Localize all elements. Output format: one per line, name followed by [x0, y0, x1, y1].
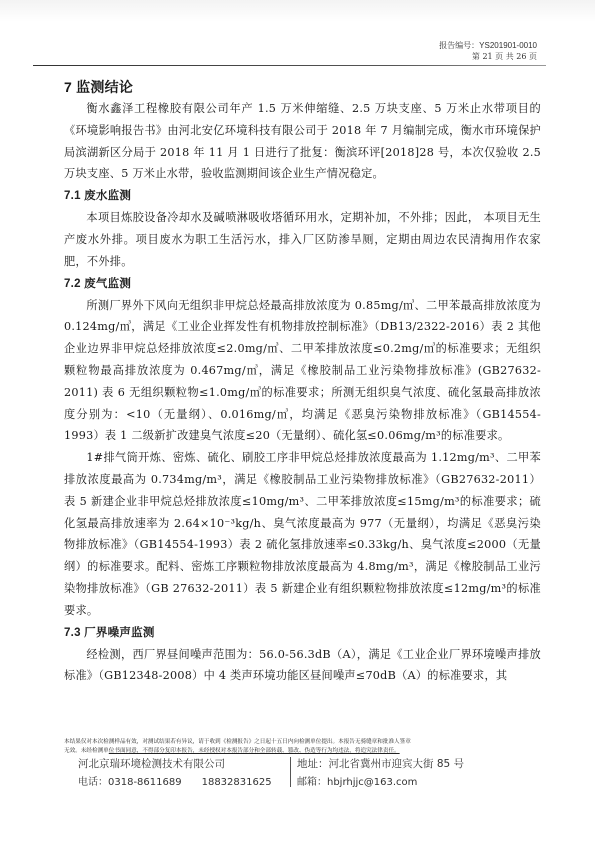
subsection-title-wastewater: 7.1 废水监测 [64, 185, 541, 207]
report-number-label: 报告编号： [439, 41, 479, 50]
disclaimer-line-2-plain: 无效。未经检测单 [64, 748, 109, 754]
report-number: 报告编号：YS201901-0010 [439, 40, 537, 51]
document-body: 7 监测结论 衡水鑫泽工程橡胶有限公司年产 1.5 万米伸缩缝、2.5 万块支座… [64, 76, 541, 687]
footer-email: 邮箱：hbjrhjjc@163.com [297, 773, 417, 788]
disclaimer-line-1: 本结果仅对本次检测样品有效，对测试结果若有异议，请于收到《检测报告》之日起十五日… [64, 738, 544, 747]
report-number-value: YS201901-0010 [479, 41, 537, 50]
wastewater-paragraph: 本项目炼胶设备冷却水及碱喷淋吸收塔循环用水，定期补加，不外排；因此， 本项目无生… [64, 207, 541, 272]
header-divider [33, 65, 546, 66]
phone-number: 0318-8611689 [108, 777, 182, 788]
waste-gas-paragraph-unorganized: 所测厂界外下风向无组织非甲烷总烃最高排放浓度为 0.85mg/㎥、二甲苯最高排放… [64, 295, 541, 448]
email-label: 邮箱： [297, 777, 327, 788]
footer-disclaimer: 本结果仅对本次检测样品有效，对测试结果若有异议，请于收到《检测报告》之日起十五日… [64, 738, 544, 755]
footer-phone: 电话：0318-861168918832831625 [78, 773, 272, 788]
disclaimer-line-2: 无效。未经检测单位书面同意，不得部分复印本报告，未经授权对本报告部分和全部转载、… [64, 747, 544, 756]
noise-paragraph: 经检测，西厂界昼间噪声范围为：56.0-56.3dB（A），满足《工业企业厂界环… [64, 644, 541, 688]
section-title: 7 监测结论 [64, 76, 541, 98]
footer-company-name: 河北京瑞环境检测技术有限公司 [78, 756, 225, 771]
intro-paragraph: 衡水鑫泽工程橡胶有限公司年产 1.5 万米伸缩缝、2.5 万块支座、5 万米止水… [64, 98, 541, 185]
scan-shade [0, 0, 595, 22]
subsection-title-waste-gas: 7.2 废气监测 [64, 273, 541, 295]
footer-address: 地址：河北省冀州市迎宾大街 85 号 [297, 756, 464, 771]
email-address: hbjrhjjc@163.com [327, 777, 417, 788]
mobile-number: 18832831625 [202, 777, 272, 788]
footer-divider [290, 757, 291, 787]
page-info: 第 21 页 共 26 页 [439, 51, 537, 62]
disclaimer-line-2-underlined: 位书面同意，不得部分复印本报告，未经授权对本报告部分和全部转载、篡改、伪造等行为… [109, 748, 400, 754]
phone-label: 电话： [78, 777, 108, 788]
page-header: 报告编号：YS201901-0010 第 21 页 共 26 页 [439, 40, 537, 62]
subsection-title-noise: 7.3 厂界噪声监测 [64, 622, 541, 644]
waste-gas-paragraph-stack: 1#排气筒开炼、密炼、硫化、刷胶工序非甲烷总烃排放浓度最高为 1.12mg/m³… [64, 447, 541, 621]
